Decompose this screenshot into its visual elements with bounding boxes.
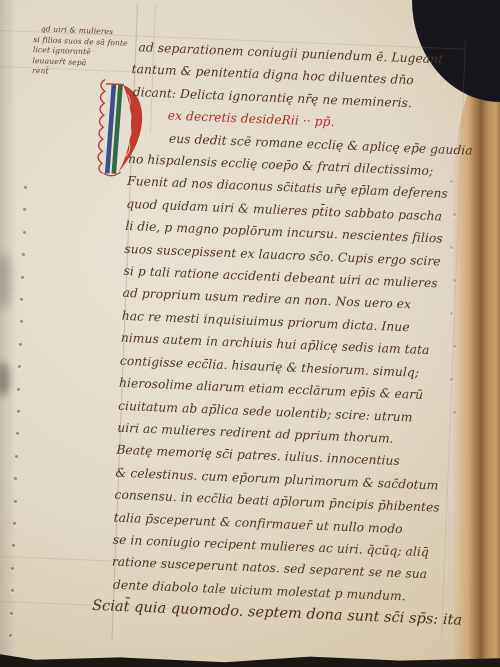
pricking-hole bbox=[16, 432, 19, 435]
pricking-hole bbox=[11, 567, 14, 570]
pricking-hole bbox=[19, 343, 22, 346]
pricking-hole bbox=[17, 388, 20, 391]
initial-flourish-left bbox=[97, 79, 106, 173]
pricking-hole bbox=[21, 276, 24, 279]
pricking-hole bbox=[20, 320, 23, 323]
pricking-hole bbox=[18, 365, 21, 368]
pricking-hole bbox=[23, 208, 26, 211]
pricking-hole bbox=[12, 544, 15, 547]
text-block: ad separationem coniugii puniendum ē. L… bbox=[110, 36, 467, 631]
manuscript-photo: qd uiri & mulieressi filios suos de sā … bbox=[0, 0, 500, 667]
pricking-hole bbox=[14, 477, 17, 480]
pricking-hole bbox=[13, 522, 16, 525]
text-lines: ad separationem coniugii puniendum ē. L… bbox=[110, 36, 467, 631]
pricking-left bbox=[0, 186, 30, 656]
pricking-hole bbox=[17, 410, 20, 413]
pricking-hole bbox=[453, 411, 456, 414]
pricking-hole bbox=[14, 500, 17, 503]
pricking-hole bbox=[10, 612, 13, 615]
pricking-hole bbox=[23, 231, 26, 234]
pricking-hole bbox=[11, 589, 14, 592]
pricking-hole bbox=[24, 186, 27, 189]
pricking-hole bbox=[20, 298, 23, 301]
initial-serif-top bbox=[106, 84, 124, 85]
pricking-hole bbox=[22, 253, 25, 256]
pricking-hole bbox=[15, 455, 18, 458]
pricking-hole bbox=[9, 634, 12, 637]
